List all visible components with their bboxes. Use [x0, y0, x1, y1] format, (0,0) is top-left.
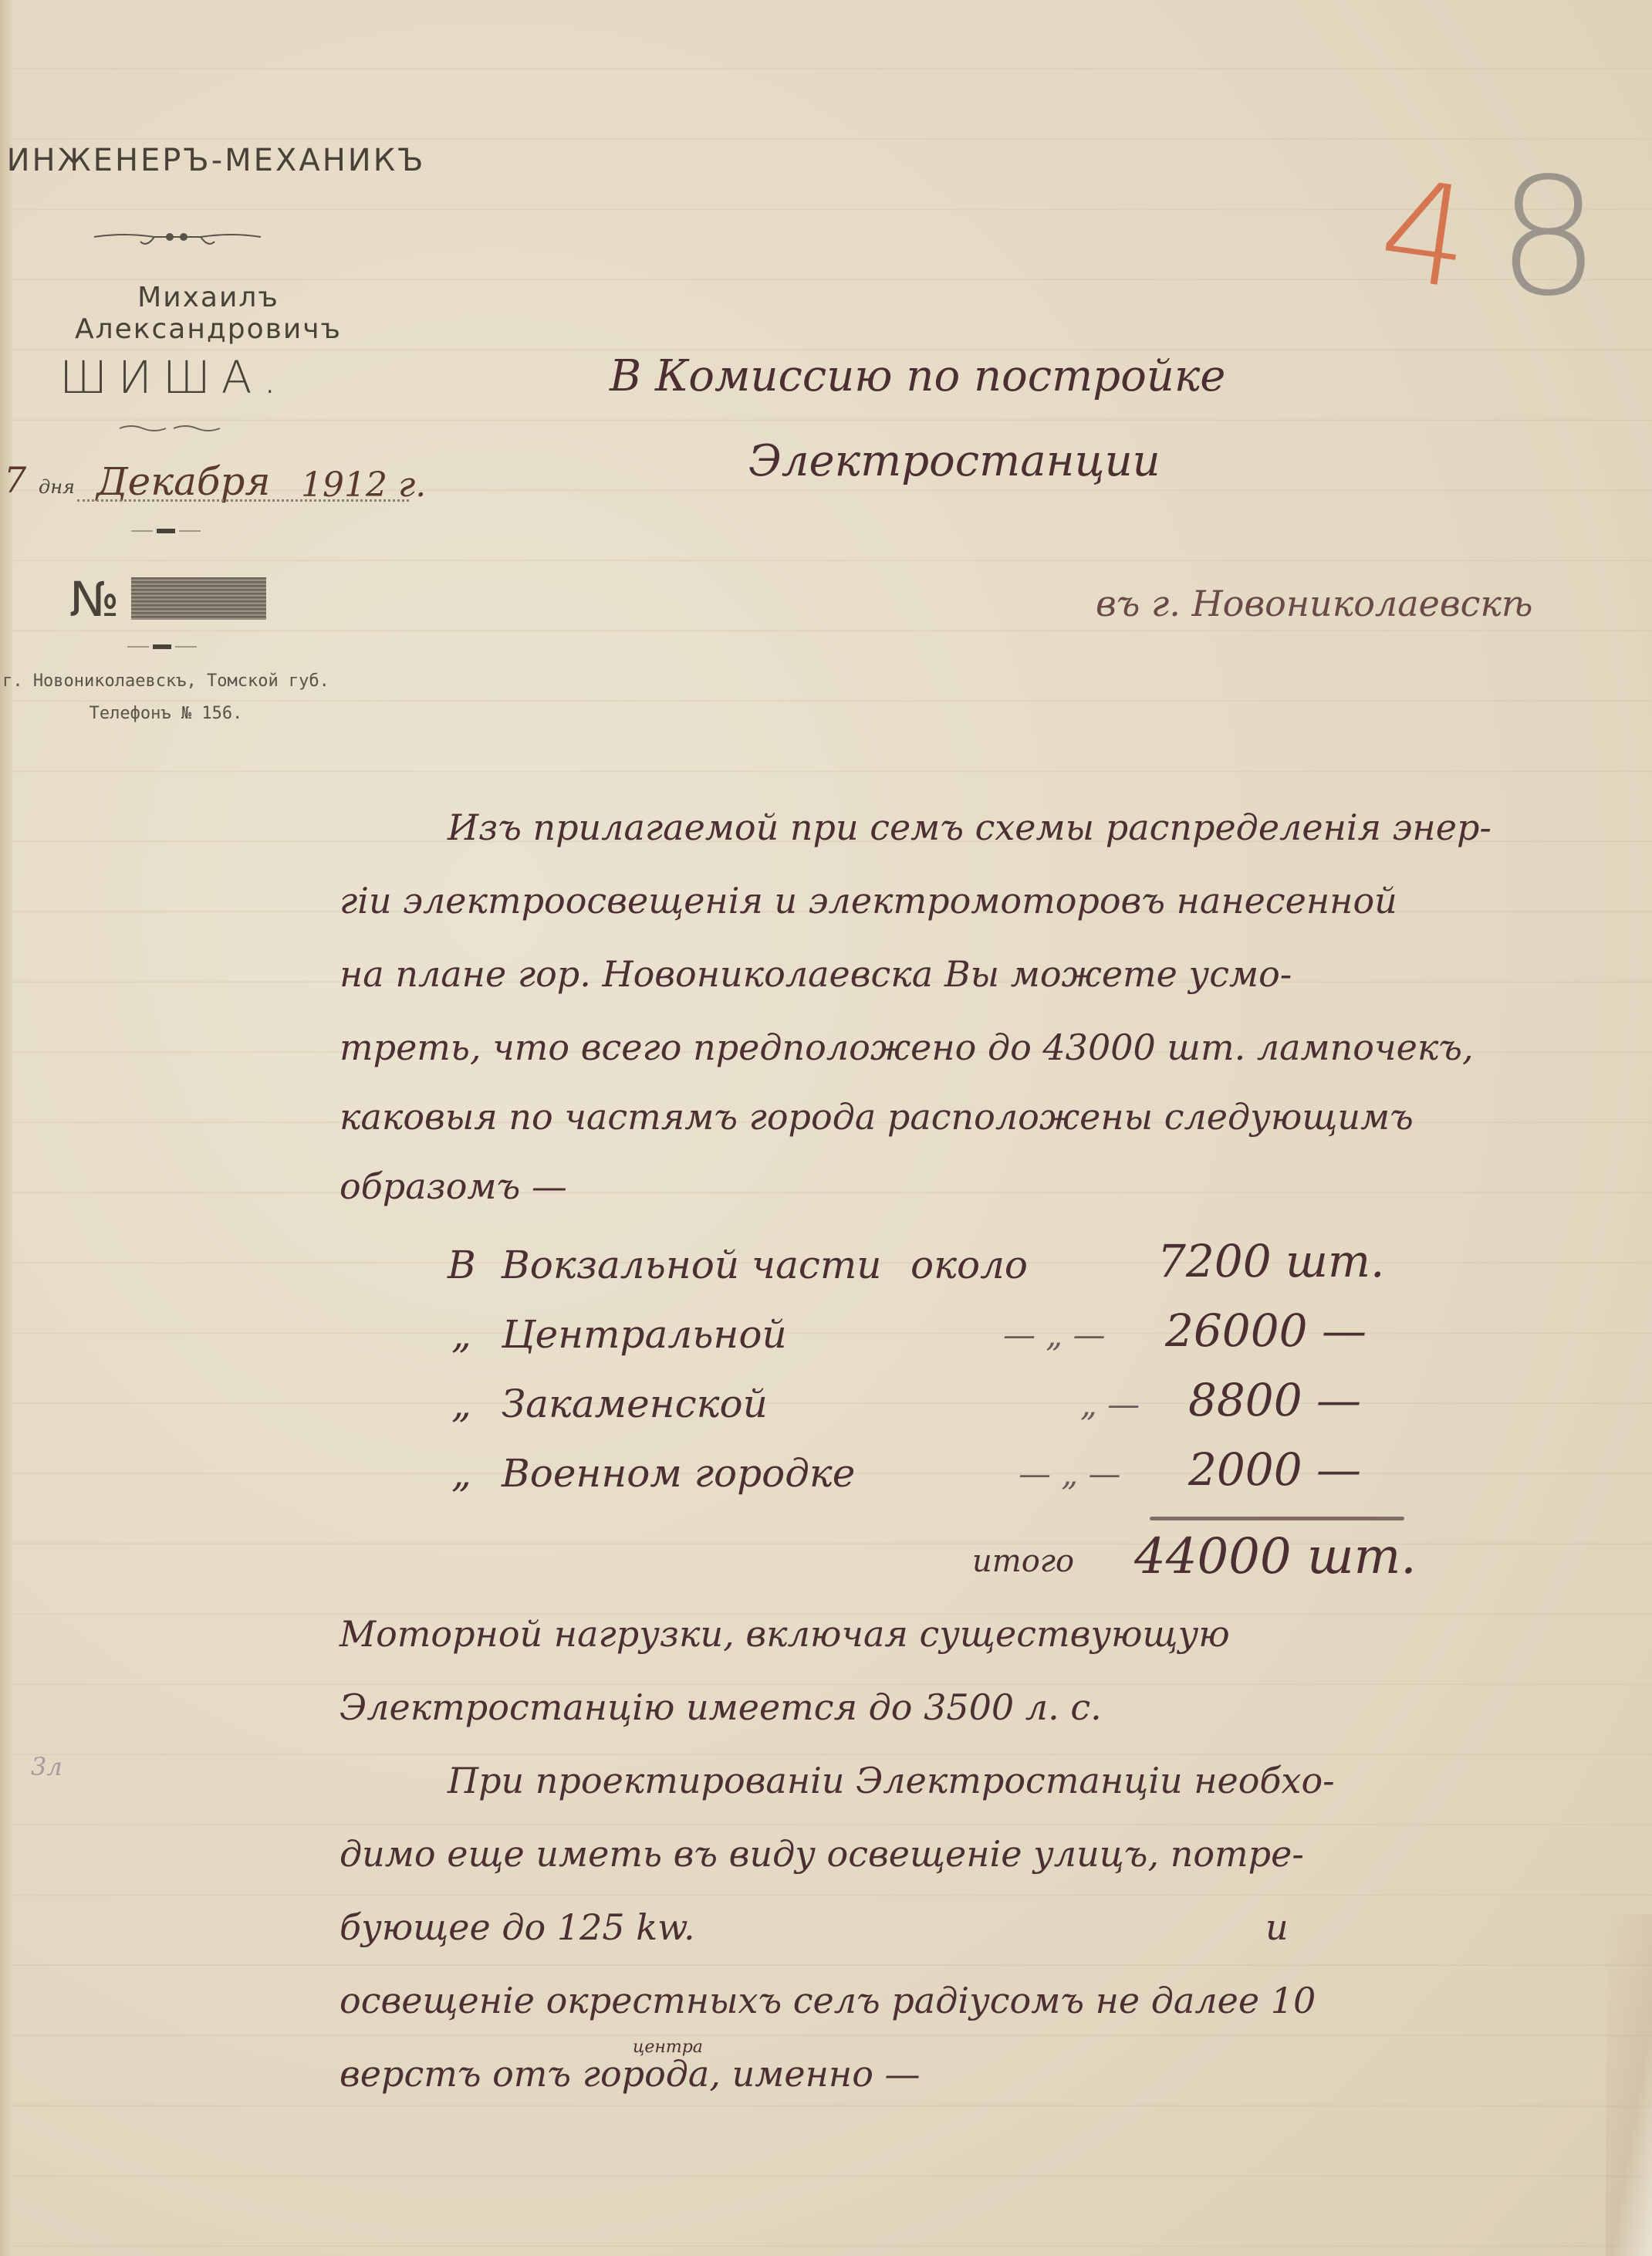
margin-mark: 3л	[31, 1752, 62, 1781]
addressee-line-2: Электростанции	[748, 436, 1160, 486]
lamp-count: 26000 —	[1165, 1304, 1367, 1357]
row-leader: около	[910, 1243, 1028, 1287]
body-line: образомъ —	[340, 1165, 567, 1207]
body-line: димо еще иметь въ виду освещеніе улицъ, …	[340, 1833, 1304, 1875]
body-line: каковыя по частямъ города расположены сл…	[340, 1096, 1414, 1138]
body-line: освещеніе окрестныхъ селъ радіусомъ не д…	[340, 1980, 1316, 2021]
district-name: Вокзальной части	[502, 1243, 882, 1287]
row-leader: — „ —	[1019, 1455, 1120, 1493]
conjunction: и	[1265, 1906, 1289, 1948]
letterhead-name: Михаилъ Александровичъ	[0, 282, 417, 345]
body-line: Электростанцію имеется до 3500 л. с.	[340, 1686, 1102, 1728]
addressee-line-1: В Комиссию по постройке	[610, 351, 1225, 401]
lamp-count: 7200 шт.	[1157, 1235, 1384, 1287]
row-leader: „ —	[1080, 1385, 1140, 1423]
body-line: Моторной нагрузки, включая существующую	[340, 1613, 1230, 1655]
date-day-label: дня	[39, 476, 75, 498]
lamp-count: 2000 —	[1188, 1443, 1361, 1496]
row-leader: — „ —	[1003, 1316, 1105, 1354]
body-line: на плане гор. Новониколаевска Вы можете …	[340, 953, 1292, 995]
row-prefix: „	[451, 1312, 471, 1357]
body-line: Изъ прилагаемой при семъ схемы распредел…	[448, 807, 1492, 848]
ornament-small-icon	[116, 421, 224, 436]
total-label: итого	[972, 1544, 1074, 1579]
number-blank	[131, 577, 266, 620]
body-line: верстъ отъ города, именно —	[340, 2053, 921, 2095]
letterhead-surname: ШИША.	[54, 351, 293, 404]
ornament-divider-icon	[93, 228, 262, 251]
letterhead-address: г. Новониколаевскъ, Томской губ.	[0, 671, 332, 691]
dash-ornament-icon	[131, 529, 201, 533]
district-name: Центральной	[502, 1312, 787, 1357]
row-prefix: „	[451, 1451, 471, 1496]
body-line: При проектированіи Электростанціи необхо…	[448, 1760, 1335, 1801]
reference-number-field: №	[69, 571, 285, 625]
addressee-line-3: въ г. Новониколаевскѣ	[1096, 583, 1532, 624]
letterhead-phone: Телефонъ № 156.	[0, 704, 332, 723]
number-sign: №	[69, 571, 119, 627]
letterhead-title: ИНЖЕНЕРЪ-МЕХАНИКЪ	[0, 143, 432, 178]
total-amount: 44000 шт.	[1134, 1528, 1417, 1585]
row-prefix: „	[451, 1382, 471, 1426]
body-line: треть, что всего предположено до 43000 ш…	[340, 1027, 1474, 1068]
body-line: бующее до 125 kw.	[340, 1906, 695, 1948]
lamp-count: 8800 —	[1188, 1374, 1361, 1426]
paper-fold-corner	[1606, 1914, 1652, 2256]
date-dotted-line	[77, 499, 409, 502]
dash-ornament-icon	[127, 644, 197, 649]
date-month: Декабря	[96, 459, 271, 504]
date-day: 7	[4, 459, 26, 501]
district-name: Закаменской	[502, 1382, 768, 1426]
total-underline	[1150, 1517, 1404, 1520]
row-prefix: В	[448, 1243, 476, 1287]
date-field: 7 дня Декабря 1912 г.	[0, 459, 432, 513]
body-line: гіи электроосвещенія и электромоторовъ н…	[340, 880, 1397, 922]
district-name: Военном городке	[502, 1451, 855, 1496]
archive-mark-pencil: 8	[1497, 143, 1600, 332]
